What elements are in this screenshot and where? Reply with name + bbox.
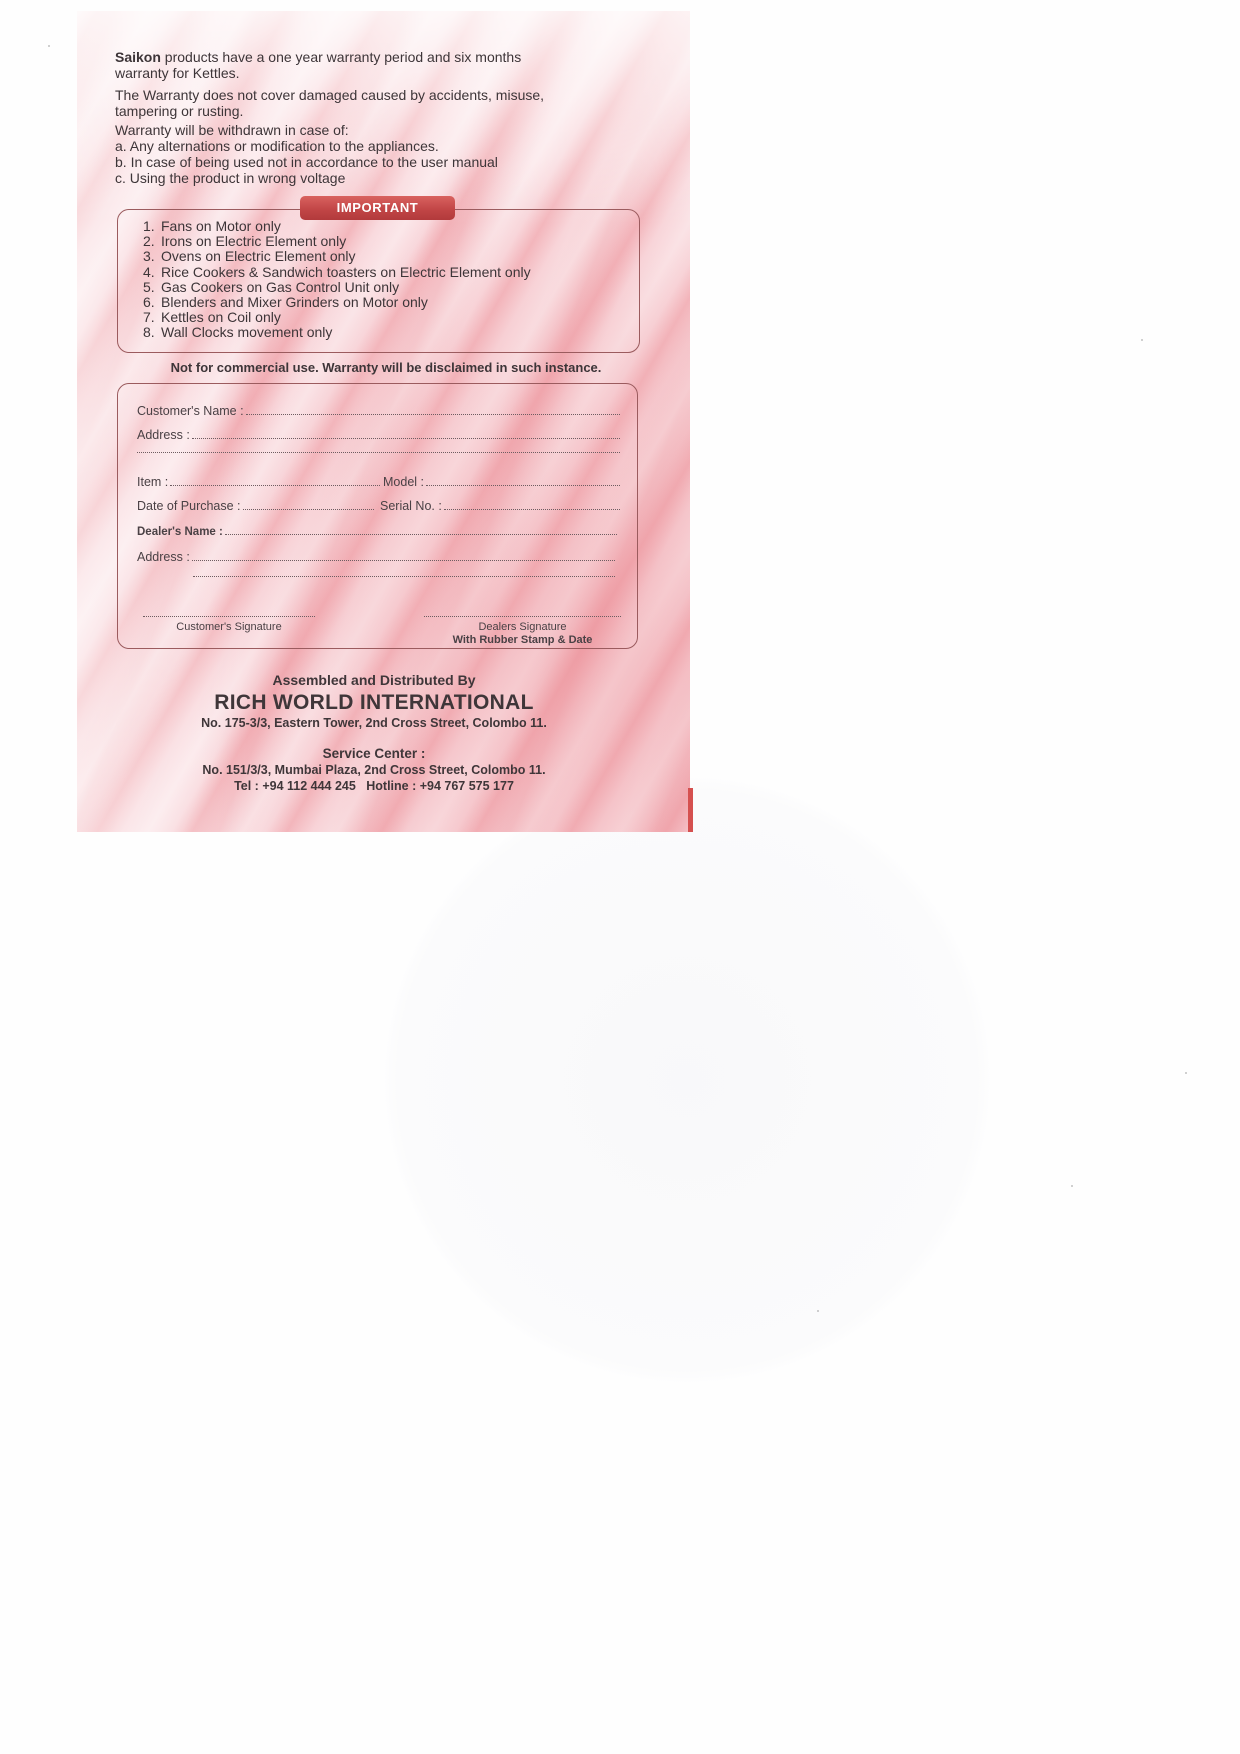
company-name: RICH WORLD INTERNATIONAL [174,691,574,715]
dealer-name-field: Dealer's Name : [137,524,617,540]
customer-signature-label: Customer's Signature [143,621,315,634]
date-of-purchase-blank [243,508,374,510]
item-number: 7. [143,310,161,325]
item-text: Wall Clocks movement only [161,324,332,340]
item-model-row: Item : Model : [137,474,620,490]
warranty-intro-line-2: warranty for Kettles. [115,65,240,81]
scan-speck [1185,1072,1187,1074]
important-item: 2.Irons on Electric Element only [143,234,346,249]
model-blank [426,484,620,486]
withdrawn-condition-a: a. Any alternations or modification to t… [115,138,439,154]
assembled-by-label: Assembled and Distributed By [174,672,574,688]
item-blank [170,484,380,486]
serial-no-blank [444,508,620,510]
dealer-name-label: Dealer's Name : [137,524,223,540]
customer-name-label: Customer's Name : [137,403,244,419]
customer-name-blank [246,413,620,415]
warranty-registration-form [117,383,638,649]
item-number: 2. [143,234,161,249]
brand-name: Saikon [115,49,161,65]
dealer-signature-note: With Rubber Stamp & Date [424,634,621,647]
scan-speck [1141,339,1143,341]
model-label: Model : [383,474,424,490]
important-item: 5.Gas Cookers on Gas Control Unit only [143,280,399,295]
dealer-signature-line [424,616,621,617]
withdrawn-heading: Warranty will be withdrawn in case of: [115,122,349,138]
coverage-line-1: The Warranty does not cover damaged caus… [115,87,544,103]
dealer-address-line2-field [193,575,615,591]
page-edge-color-strip [688,788,693,832]
purchase-serial-row: Date of Purchase : Serial No. : [137,498,620,514]
withdrawn-condition-b: b. In case of being used not in accordan… [115,154,498,170]
intro-text: products have a one year warranty period… [161,49,521,65]
important-item: 8.Wall Clocks movement only [143,325,332,340]
item-number: 8. [143,325,161,340]
item-text: Rice Cookers & Sandwich toasters on Elec… [161,264,531,280]
item-number: 6. [143,295,161,310]
item-number: 5. [143,280,161,295]
customer-address-field: Address : [137,427,620,443]
company-address: No. 175-3/3, Eastern Tower, 2nd Cross St… [174,716,574,731]
item-number: 1. [143,219,161,234]
item-text: Kettles on Coil only [161,309,281,325]
withdrawn-condition-c: c. Using the product in wrong voltage [115,170,345,186]
customer-address-line2-blank [137,451,620,453]
item-text: Ovens on Electric Element only [161,248,356,264]
important-item: 3.Ovens on Electric Element only [143,249,356,264]
item-text: Gas Cookers on Gas Control Unit only [161,279,399,295]
important-badge: IMPORTANT [300,196,455,220]
coverage-line-2: tampering or rusting. [115,103,243,119]
important-item: 7.Kettles on Coil only [143,310,281,325]
customer-name-field: Customer's Name : [137,403,620,419]
dealer-name-blank [225,533,617,535]
scan-speck [1071,1185,1073,1187]
serial-no-label: Serial No. : [380,498,442,514]
customer-address-blank [192,437,620,439]
serial-no-field: Serial No. : [380,498,620,514]
dealer-address-label: Address : [137,549,190,565]
service-center-address: No. 151/3/3, Mumbai Plaza, 2nd Cross Str… [174,763,574,778]
dealer-address-field: Address : [137,549,615,565]
item-number: 3. [143,249,161,264]
important-item: 6.Blenders and Mixer Grinders on Motor o… [143,295,428,310]
item-label: Item : [137,474,168,490]
dealer-address-blank [192,559,615,561]
dealer-signature-label: Dealers Signature [424,621,621,634]
contact-numbers: Tel : +94 112 444 245 Hotline : +94 767 … [174,779,574,794]
dealer-address-line2-blank [193,575,615,577]
model-field: Model : [380,474,620,490]
item-text: Fans on Motor only [161,218,281,234]
scan-speck [48,45,50,47]
date-of-purchase-field: Date of Purchase : [137,498,380,514]
date-of-purchase-label: Date of Purchase : [137,498,241,514]
important-item: 4.Rice Cookers & Sandwich toasters on El… [143,265,531,280]
service-center-label: Service Center : [174,746,574,762]
important-item: 1.Fans on Motor only [143,219,281,234]
commercial-use-notice: Not for commercial use. Warranty will be… [139,360,633,376]
scan-speck [817,1310,819,1312]
customer-address-label: Address : [137,427,190,443]
item-number: 4. [143,265,161,280]
customer-signature-line [143,616,315,617]
customer-address-line2-field [137,451,620,467]
warranty-intro-line-1: Saikon products have a one year warranty… [115,49,521,65]
item-text: Irons on Electric Element only [161,233,346,249]
item-text: Blenders and Mixer Grinders on Motor onl… [161,294,428,310]
item-field: Item : [137,474,380,490]
